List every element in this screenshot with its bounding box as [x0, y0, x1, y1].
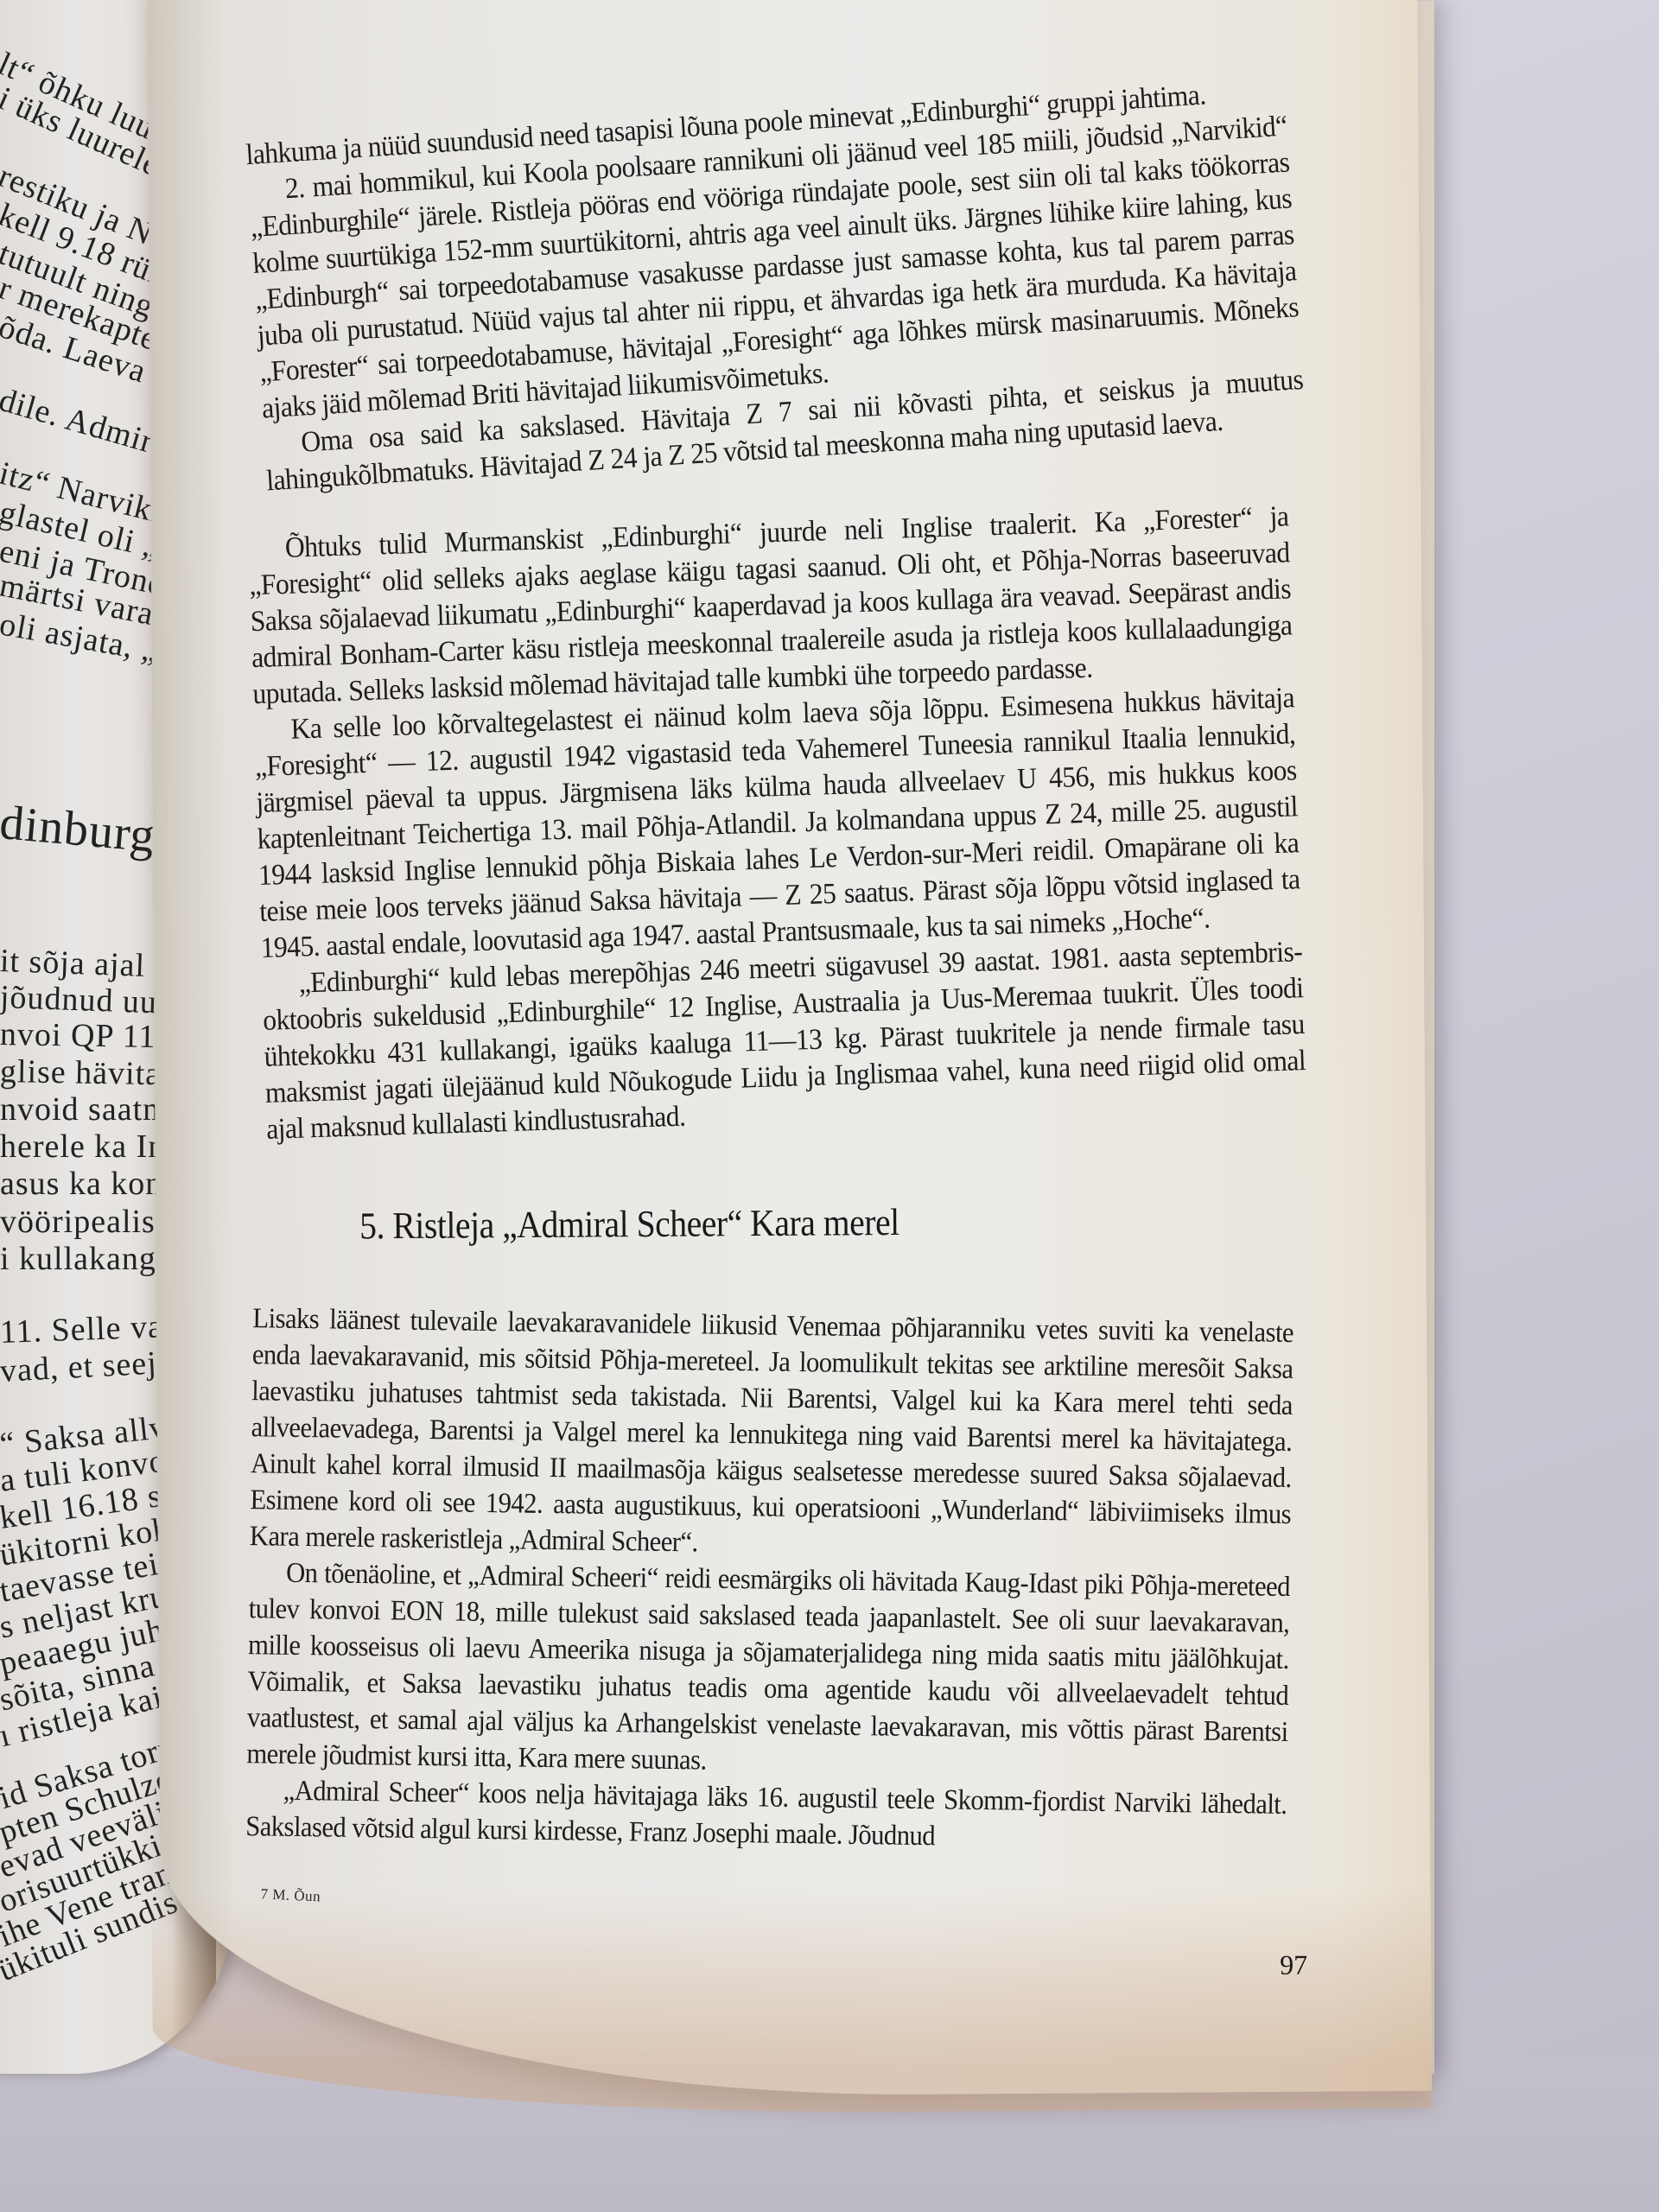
- paragraph: „Edinburghi“ kuld lebas merepõhjas 246 m…: [261, 934, 1307, 1148]
- chapter-continuation: lahkuma ja nüüd suundusid need tasapisi …: [245, 73, 1306, 500]
- paragraph: On tõenäoline, et „Admiral Scheeri“ reid…: [246, 1554, 1290, 1787]
- paragraph: Ka selle loo kõrvaltegelastest ei näinud…: [253, 680, 1301, 967]
- paragraph: „Admiral Scheer“ koos nelja hävitajaga l…: [245, 1772, 1287, 1859]
- section-body: Lisaks läänest tulevaile laevakaravanide…: [245, 1300, 1294, 1859]
- chapter-continuation-2: Õhtuks tulid Murmanskist „Edinburghi“ ju…: [248, 499, 1308, 1147]
- paragraph: Õhtuks tulid Murmanskist „Edinburghi“ ju…: [248, 499, 1294, 713]
- page-number: 97: [1280, 1949, 1307, 1981]
- right-page: lahkuma ja nüüd suundusid need tasapisi …: [147, 0, 1432, 2100]
- page-body: lahkuma ja nüüd suundusid need tasapisi …: [245, 96, 1298, 1845]
- paragraph: Lisaks läänest tulevaile laevakaravanide…: [250, 1300, 1294, 1569]
- section-heading: 5. Ristleja „Admiral Scheer“ Kara merel: [359, 1203, 1200, 1245]
- printer-signature: 7 M. Õun: [260, 1885, 321, 1905]
